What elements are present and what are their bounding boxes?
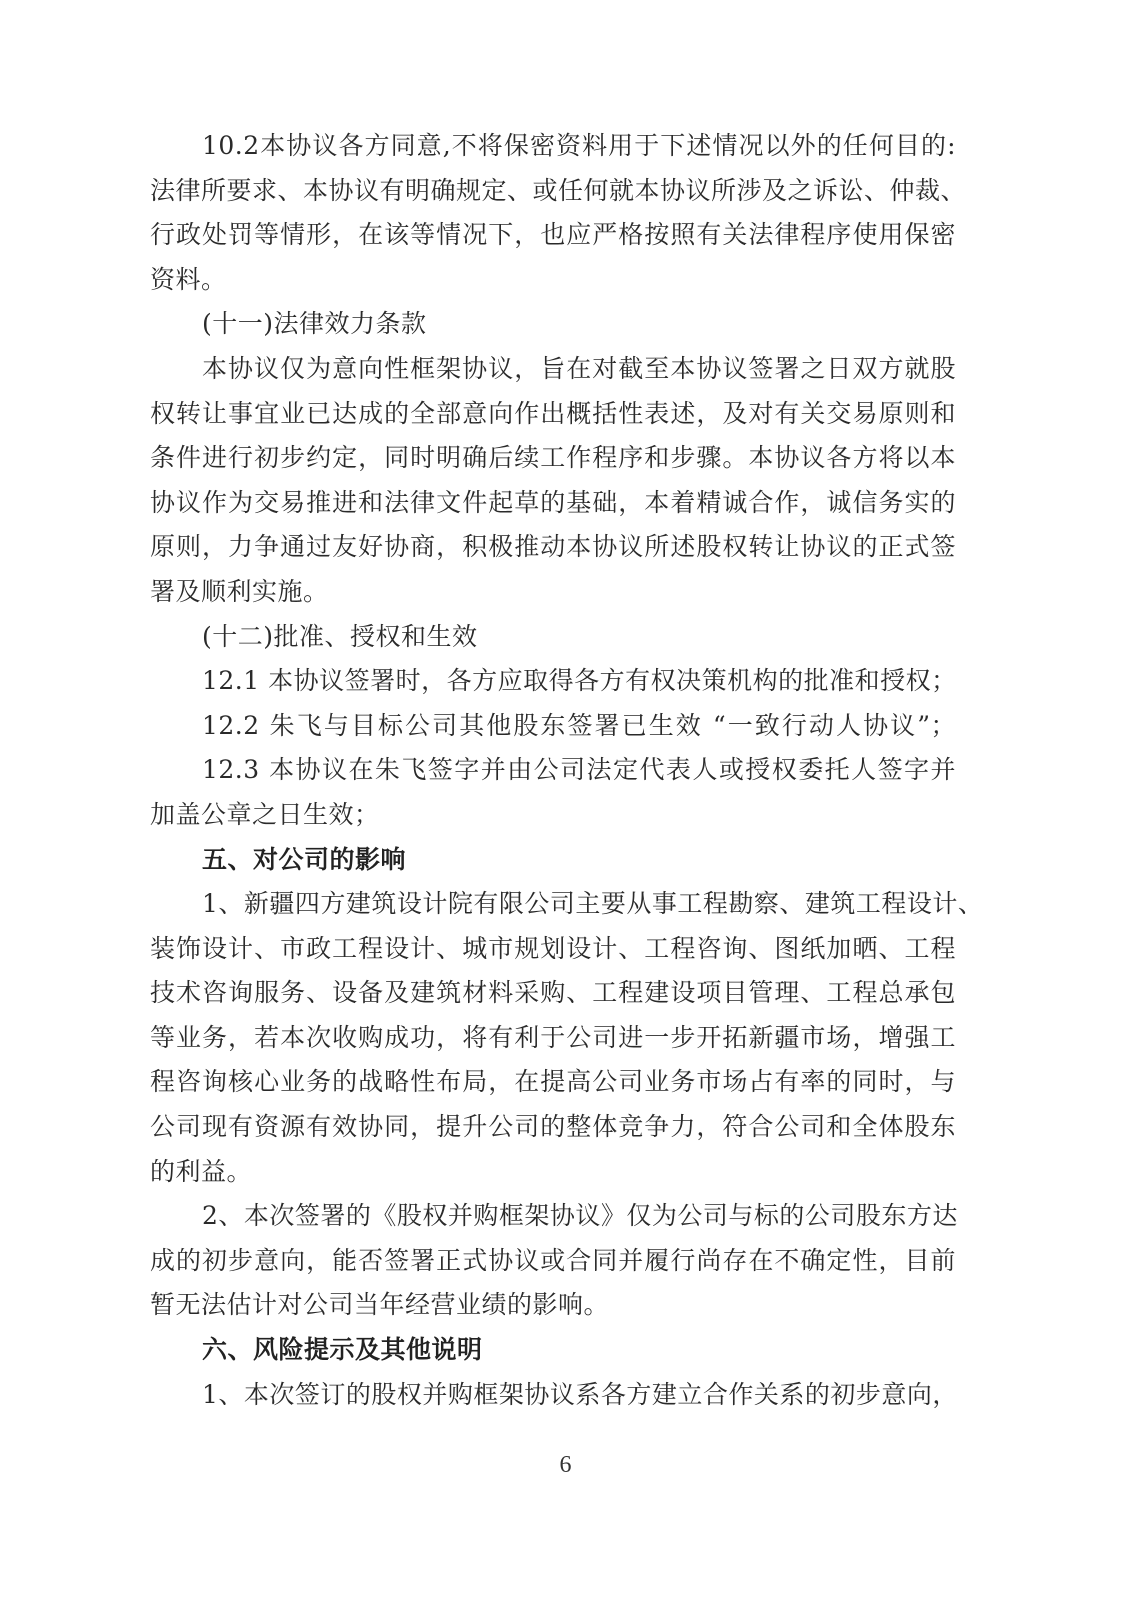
- text-line: 10.2本协议各方同意,不将保密资料用于下述情况以外的任何目的:: [150, 124, 956, 169]
- section-heading: 六、风险提示及其他说明: [150, 1328, 956, 1373]
- text-line: 协议作为交易推进和法律文件起草的基础，本着精诚合作，诚信务实的: [150, 481, 956, 526]
- section-heading: 五、对公司的影响: [150, 838, 956, 883]
- text-line: 等业务，若本次收购成功，将有利于公司进一步开拓新疆市场，增强工: [150, 1016, 956, 1061]
- text-line: 原则，力争通过友好协商，积极推动本协议所述股权转让协议的正式签: [150, 525, 956, 570]
- text-line: 12.1 本协议签署时，各方应取得各方有权决策机构的批准和授权；: [150, 659, 956, 704]
- text-line: 1、本次签订的股权并购框架协议系各方建立合作关系的初步意向，: [150, 1373, 956, 1418]
- clause-heading: (十一)法律效力条款: [150, 302, 956, 347]
- text-line: 法律所要求、本协议有明确规定、或任何就本协议所涉及之诉讼、仲裁、: [150, 169, 956, 214]
- text-line: 行政处罚等情形，在该等情况下，也应严格按照有关法律程序使用保密: [150, 213, 956, 258]
- text-line: 装饰设计、市政工程设计、城市规划设计、工程咨询、图纸加晒、工程: [150, 927, 956, 972]
- text-line: 程咨询核心业务的战略性布局，在提高公司业务市场占有率的同时，与: [150, 1060, 956, 1105]
- text-line: 权转让事宜业已达成的全部意向作出概括性表述，及对有关交易原则和: [150, 392, 956, 437]
- text-line: 的利益。: [150, 1150, 956, 1195]
- text-line: 1、新疆四方建筑设计院有限公司主要从事工程勘察、建筑工程设计、: [150, 882, 956, 927]
- text-line: 12.3 本协议在朱飞签字并由公司法定代表人或授权委托人签字并: [150, 748, 956, 793]
- text-line: 暂无法估计对公司当年经营业绩的影响。: [150, 1283, 956, 1328]
- text-line: 技术咨询服务、设备及建筑材料采购、工程建设项目管理、工程总承包: [150, 971, 956, 1016]
- text-line: 资料。: [150, 258, 956, 303]
- text-line: 条件进行初步约定，同时明确后续工作程序和步骤。本协议各方将以本: [150, 436, 956, 481]
- text-line: 署及顺利实施。: [150, 570, 956, 615]
- text-line: 加盖公章之日生效；: [150, 793, 956, 838]
- text-line: 本协议仅为意向性框架协议，旨在对截至本协议签署之日双方就股: [150, 347, 956, 392]
- clause-heading: (十二)批准、授权和生效: [150, 615, 956, 660]
- document-body: 10.2本协议各方同意,不将保密资料用于下述情况以外的任何目的:法律所要求、本协…: [150, 124, 956, 1417]
- text-line: 12.2 朱飞与目标公司其他股东签署已生效 “一致行动人协议”；: [150, 704, 956, 749]
- text-line: 2、本次签署的《股权并购框架协议》仅为公司与标的公司股东方达: [150, 1194, 956, 1239]
- page-number: 6: [0, 1452, 1131, 1479]
- text-line: 公司现有资源有效协同，提升公司的整体竞争力，符合公司和全体股东: [150, 1105, 956, 1150]
- text-line: 成的初步意向，能否签署正式协议或合同并履行尚存在不确定性，目前: [150, 1239, 956, 1284]
